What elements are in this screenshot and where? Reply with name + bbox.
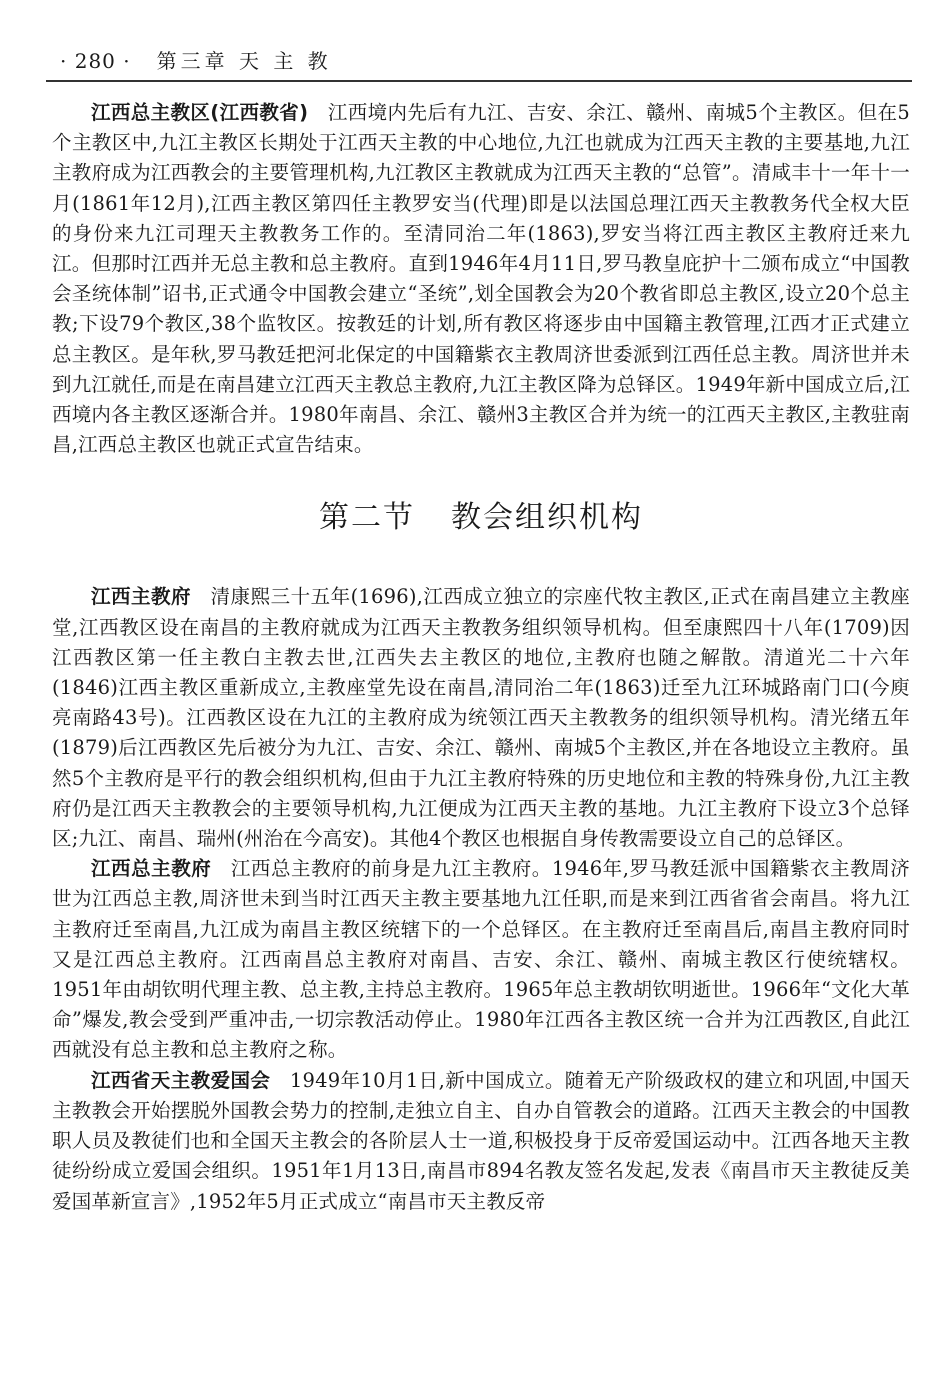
entry-text: 江西总主教府的前身是九江主教府。1946年,罗马教廷派中国籍紫衣主教周济世为江西… xyxy=(52,857,910,1061)
entry-text: 江西境内先后有九江、吉安、余江、赣州、南城5个主教区。但在5个主教区中,九江主教… xyxy=(52,101,910,456)
chapter-title: 第三章 天 主 教 xyxy=(157,46,332,76)
entry-paragraph: 江西省天主教爱国会1949年10月1日,新中国成立。随着无产阶级政权的建立和巩固… xyxy=(52,1066,910,1217)
entry-term: 江西总主教区(江西教省) xyxy=(91,101,308,124)
entry-paragraph: 江西总主教区(江西教省)江西境内先后有九江、吉安、余江、赣州、南城5个主教区。但… xyxy=(52,98,910,460)
entry-term: 江西省天主教爱国会 xyxy=(91,1069,270,1092)
running-header: · 280 · 第三章 天 主 教 xyxy=(60,46,910,76)
section-heading: 第二节教会组织机构 xyxy=(52,498,910,538)
page-body: 江西总主教区(江西教省)江西境内先后有九江、吉安、余江、赣州、南城5个主教区。但… xyxy=(52,98,910,1217)
entry-paragraph: 江西主教府清康熙三十五年(1696),江西成立独立的宗座代牧主教区,正式在南昌建… xyxy=(52,582,910,854)
entry-term: 江西总主教府 xyxy=(91,857,211,880)
entry-paragraph: 江西总主教府江西总主教府的前身是九江主教府。1946年,罗马教廷派中国籍紫衣主教… xyxy=(52,854,910,1065)
entry-term: 江西主教府 xyxy=(91,585,191,608)
page-number: · 280 · xyxy=(60,46,131,76)
entry-text: 清康熙三十五年(1696),江西成立独立的宗座代牧主教区,正式在南昌建立主教座堂… xyxy=(52,585,910,850)
section-number: 第二节 xyxy=(319,500,415,535)
section-title: 教会组织机构 xyxy=(451,500,643,535)
header-rule xyxy=(46,80,912,82)
